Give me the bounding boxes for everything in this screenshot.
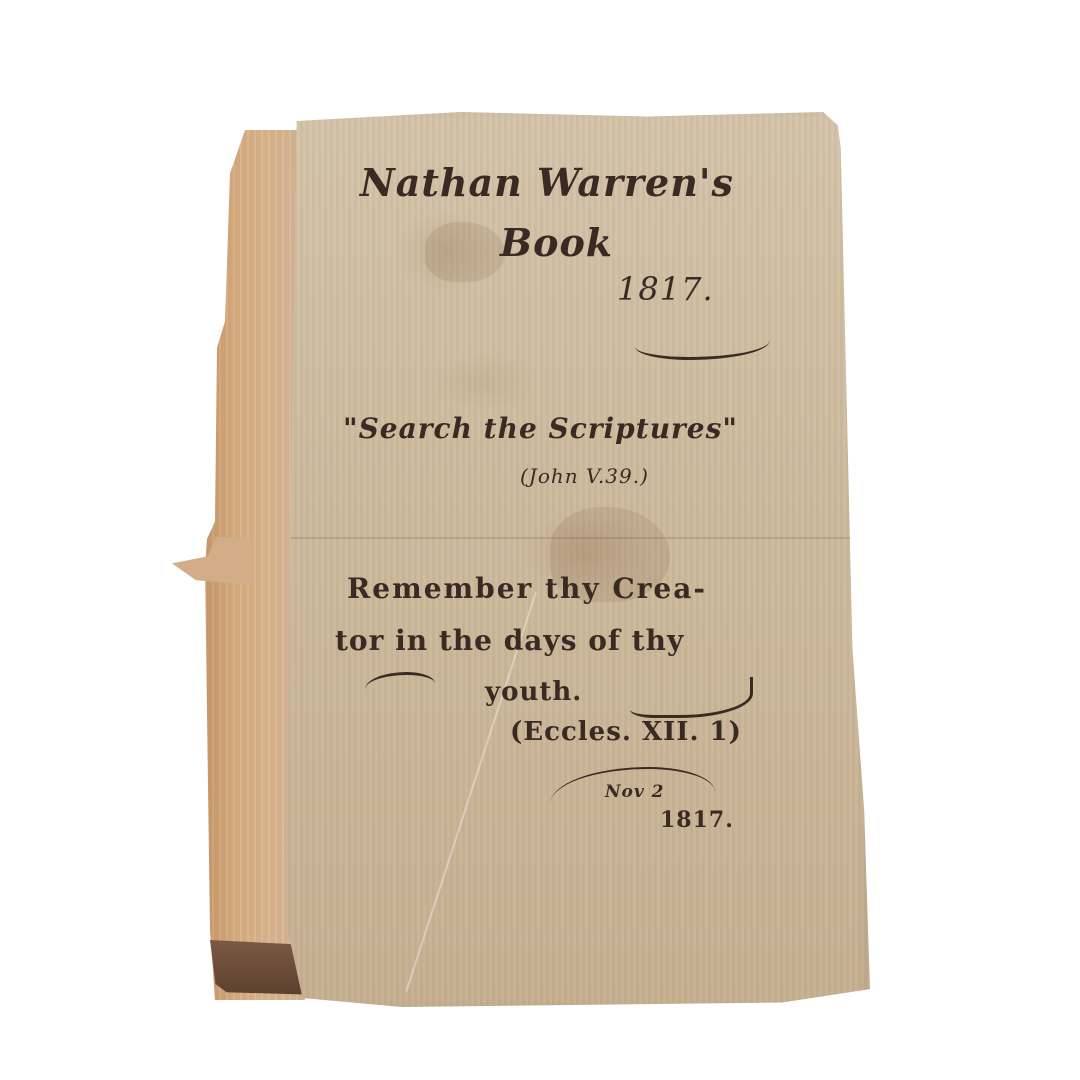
book-photo: Nathan Warren's Book 1817. "Search the S… (0, 0, 1080, 1080)
flourish (635, 327, 770, 360)
flourish (365, 672, 435, 701)
verse-line: Remember thy Crea- (347, 572, 707, 605)
verse-line: youth. (485, 677, 582, 707)
quote-reference: (John V.39.) (520, 464, 649, 488)
front-cover: Nathan Warren's Book 1817. "Search the S… (285, 112, 870, 1007)
book-label: Book (500, 220, 613, 265)
scripture-quote: "Search the Scriptures" (343, 412, 738, 445)
water-stain (425, 222, 505, 282)
verse-line: tor in the days of thy (335, 624, 684, 657)
inscription-date: Nov 2 (605, 782, 665, 802)
verse-reference: (Eccles. XII. 1) (510, 717, 742, 747)
year-inscription: 1817. (617, 270, 714, 308)
fold-line (285, 537, 870, 539)
flourish (630, 677, 753, 718)
inscription-date-year: 1817. (660, 807, 734, 833)
owner-inscription: Nathan Warren's (360, 160, 734, 205)
